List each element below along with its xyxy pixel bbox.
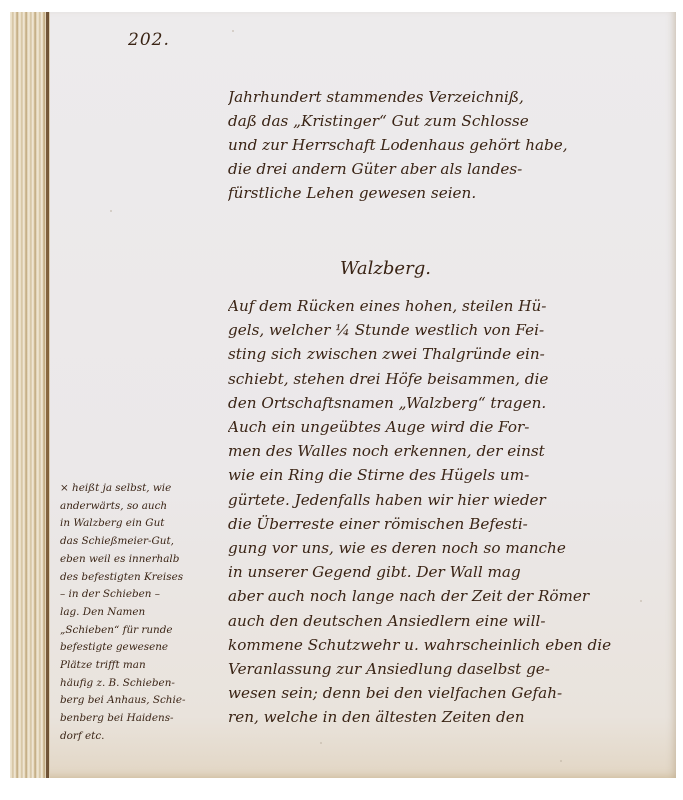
text-line: in unserer Gegend gibt. Der Wall mag xyxy=(228,560,658,584)
margin-line: × heißt ja selbst, wie xyxy=(60,480,220,498)
margin-line: häufig z. B. Schieben- xyxy=(60,675,220,693)
text-line: kommene Schutzwehr u. wahrscheinlich ebe… xyxy=(228,633,658,657)
text-line: men des Walles noch erkennen, der einst xyxy=(228,439,658,463)
margin-line: eben weil es innerhalb xyxy=(60,551,220,569)
paper-speck xyxy=(232,30,234,32)
margin-line: in Walzberg ein Gut xyxy=(60,515,220,533)
text-line: auch den deutschen Ansiedlern eine will- xyxy=(228,609,658,633)
margin-line: berg bei Anhaus, Schie- xyxy=(60,692,220,710)
text-line: den Ortschaftsnamen „Walzberg“ tragen. xyxy=(228,391,658,415)
margin-line: des befestigten Kreises xyxy=(60,569,220,587)
page-number: 202. xyxy=(128,30,170,50)
margin-line: befestigte gewesene xyxy=(60,639,220,657)
section-heading: Walzberg. xyxy=(340,258,431,279)
text-line: die Überreste einer römischen Befesti- xyxy=(228,512,658,536)
margin-line: dorf etc. xyxy=(60,728,220,746)
text-line: ren, welche in den ältesten Zeiten den xyxy=(228,705,658,729)
binding-line xyxy=(46,12,49,778)
margin-note: × heißt ja selbst, wie anderwärts, so au… xyxy=(60,480,220,746)
text-line: gels, welcher ¼ Stunde westlich von Fei- xyxy=(228,318,658,342)
paper-speck xyxy=(110,210,112,212)
text-line: wesen sein; denn bei den vielfachen Gefa… xyxy=(228,681,658,705)
margin-line: „Schieben“ für runde xyxy=(60,622,220,640)
page-edge-stack xyxy=(10,12,50,778)
text-line: gung vor uns, wie es deren noch so manch… xyxy=(228,536,658,560)
margin-line: Plätze trifft man xyxy=(60,657,220,675)
text-line: sting sich zwischen zwei Thalgründe ein- xyxy=(228,342,658,366)
paper-speck xyxy=(560,760,562,762)
margin-line: benberg bei Haidens- xyxy=(60,710,220,728)
text-line: aber auch noch lange nach der Zeit der R… xyxy=(228,584,658,608)
margin-line: anderwärts, so auch xyxy=(60,498,220,516)
text-line: daß das „Kristinger“ Gut zum Schlosse xyxy=(228,109,648,133)
paper-speck xyxy=(320,742,322,744)
text-line: schiebt, stehen drei Höfe beisammen, die xyxy=(228,367,658,391)
body-paragraph: Auf dem Rücken eines hohen, steilen Hü- … xyxy=(228,294,658,730)
text-line: wie ein Ring die Stirne des Hügels um- xyxy=(228,463,658,487)
text-line: Veranlassung zur Ansiedlung daselbst ge- xyxy=(228,657,658,681)
text-line: Auf dem Rücken eines hohen, steilen Hü- xyxy=(228,294,658,318)
text-line: fürstliche Lehen gewesen seien. xyxy=(228,181,648,205)
margin-line: – in der Schieben – xyxy=(60,586,220,604)
text-line: gürtete. Jedenfalls haben wir hier wiede… xyxy=(228,488,658,512)
top-paragraph: Jahrhundert stammendes Verzeichniß, daß … xyxy=(228,85,648,205)
text-line: Jahrhundert stammendes Verzeichniß, xyxy=(228,85,648,109)
text-line: Auch ein ungeübtes Auge wird die For- xyxy=(228,415,658,439)
text-line: die drei andern Güter aber als landes- xyxy=(228,157,648,181)
margin-line: lag. Den Namen xyxy=(60,604,220,622)
text-line: und zur Herrschaft Lodenhaus gehört habe… xyxy=(228,133,648,157)
margin-line: das Schießmeier-Gut, xyxy=(60,533,220,551)
